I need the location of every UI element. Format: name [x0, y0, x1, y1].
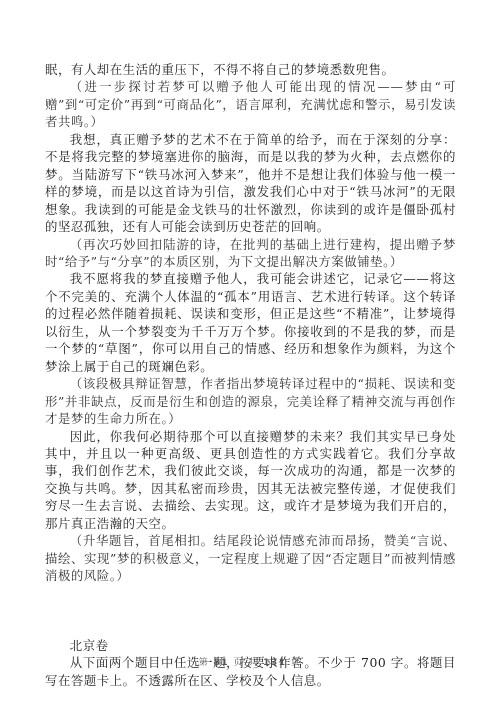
body-paragraph: 我不愿将我的梦直接赠予他人，我可能会讲述它，记录它——将这个不完美的、充满个人体… — [45, 270, 456, 375]
section-title: 北京卷 — [45, 637, 456, 654]
commentary-note: （升华题旨，首尾相扣。结尾段论说情感充沛而昂扬，赞美“言说、描绘、实现”梦的积极… — [45, 532, 456, 584]
paragraph-continuation: 眠，有人却在生活的重压下，不得不将自己的梦境悉数兜售。 — [45, 61, 456, 78]
footer-suffix: 页 — [291, 658, 302, 668]
total-pages-number: 131 — [263, 658, 286, 668]
commentary-note: （再次巧妙回扣陆游的诗，在批判的基础上进行建构，提出赠予梦时“给予”与“分享”的… — [45, 236, 456, 271]
section-spacer — [45, 585, 456, 637]
page-footer: 第 81 页 共 131 页 — [0, 655, 500, 668]
document-page: 眠，有人却在生活的重压下，不得不将自己的梦境悉数兜售。 （进一步探讨若梦可以赠予… — [45, 61, 456, 689]
commentary-note: （进一步探讨若梦可以赠予他人可能出现的情况——梦由“可赠”到“可定价”再到“可商… — [45, 78, 456, 130]
footer-prefix: 第 — [199, 658, 210, 668]
footer-middle: 页 共 — [233, 658, 258, 668]
body-paragraph: 我想，真正赠予梦的艺术不在于简单的给予，而在于深刻的分享：不是将我完整的梦境塞进… — [45, 131, 456, 236]
commentary-note: （该段极具辩证智慧，作者指出梦境转译过程中的“损耗、误读和变形”并非缺点，反而是… — [45, 375, 456, 427]
body-paragraph: 因此，你我何必期待那个可以直接赠梦的未来？我们其实早已身处其中，并且以一种更高级… — [45, 428, 456, 533]
current-page-number: 81 — [214, 658, 230, 668]
